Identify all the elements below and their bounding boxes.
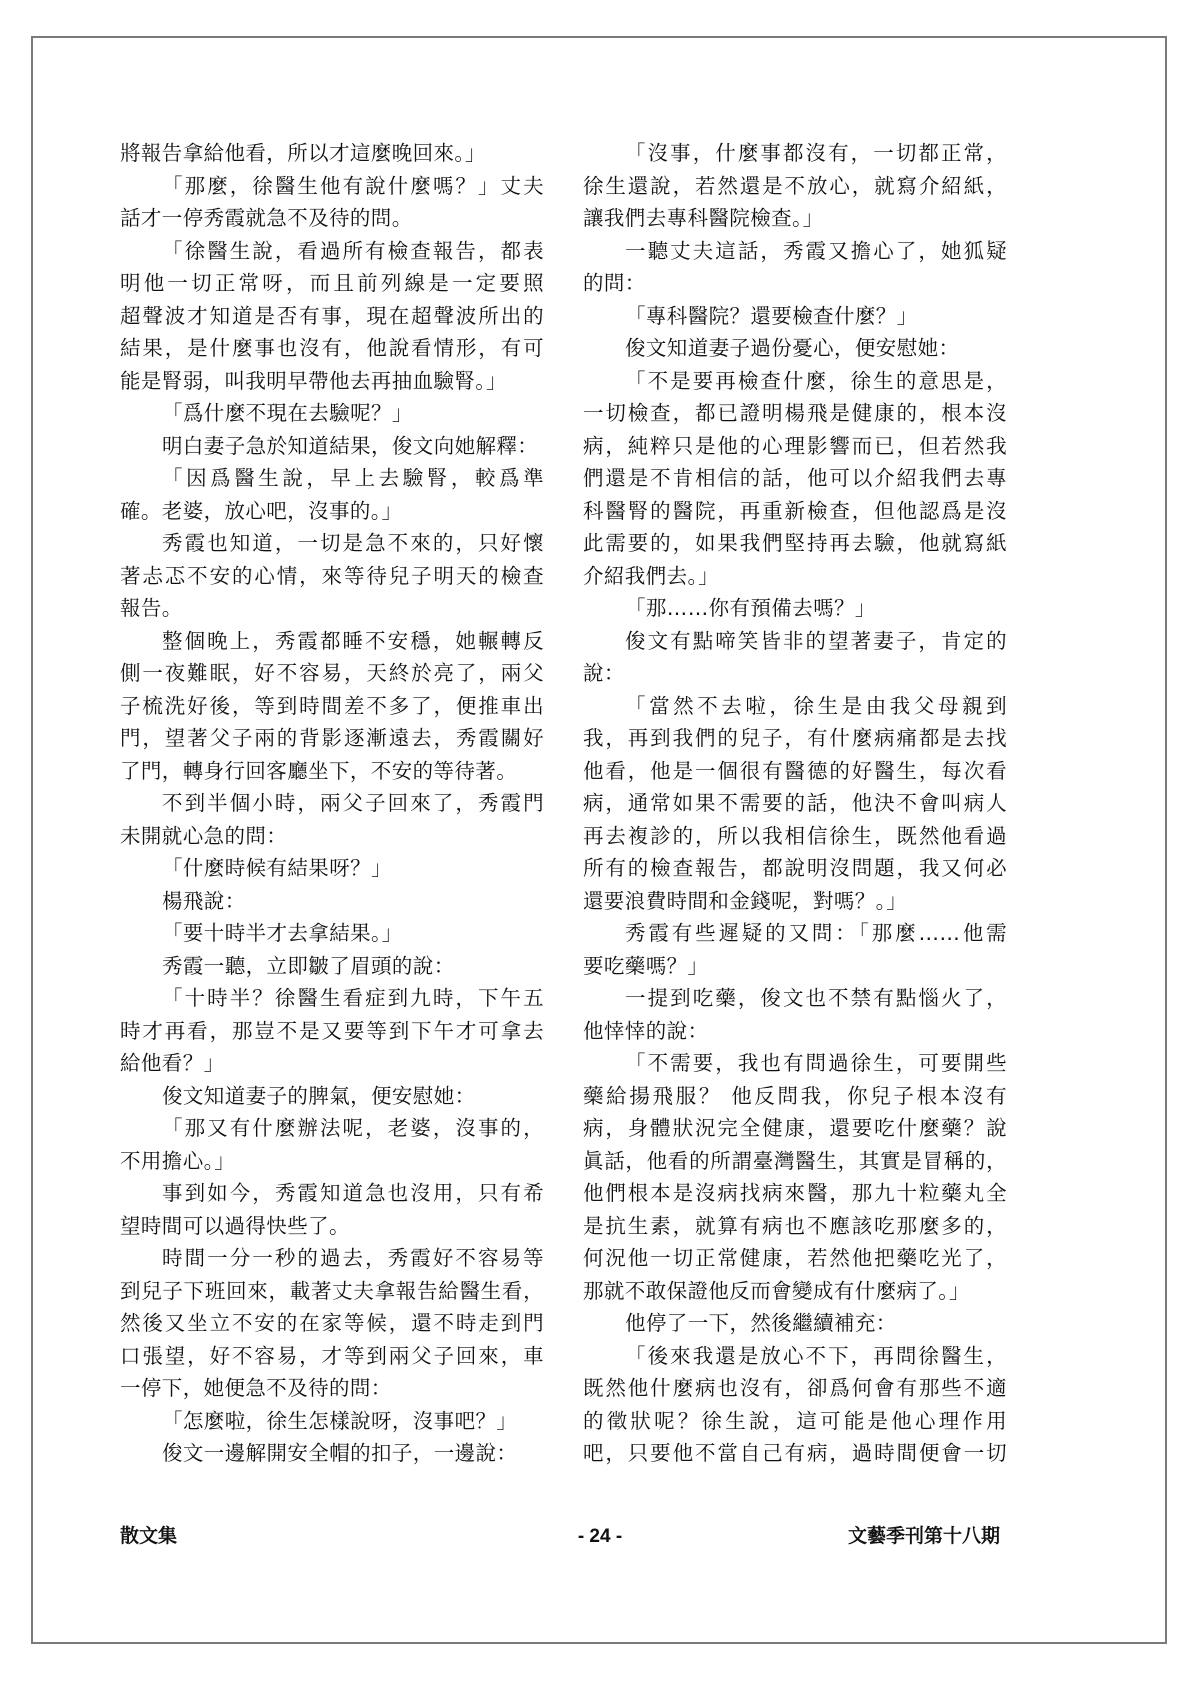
text-line: 眞話，他看的所謂臺灣醫生，其實是冒稱的， [583,1145,1007,1178]
text-line: 「十時半？徐醫生看症到九時，下午五 [120,982,544,1015]
text-line: 所有的檢查報告，都說明沒問題，我又何必 [583,852,1007,885]
text-line: 能是腎弱，叫我明早帶他去再抽血驗腎。」 [120,365,544,398]
text-line: 整個晚上，秀霞都睡不安穩，她輾轉反 [120,625,544,658]
text-line: 一聽丈夫這話，秀霞又擔心了，她狐疑 [583,235,1007,268]
text-line: 俊文知道妻子的脾氣，便安慰她： [120,1080,544,1113]
text-line: 結果，是什麼事也沒有，他說看情形，有可 [120,332,544,365]
text-line: 時才再看，那豈不是又要等到下午才可拿去 [120,1015,544,1048]
text-line: 「後來我還是放心不下，再問徐醫生， [583,1340,1007,1373]
text-line: 不用擔心。」 [120,1145,544,1178]
text-line: 「那又有什麼辦法呢，老婆，沒事的， [120,1112,544,1145]
text-line: 的徵狀呢？徐生說，這可能是他心理作用 [583,1405,1007,1438]
text-line: 再去複診的，所以我相信徐生，既然他看過 [583,820,1007,853]
text-line: 病，身體狀況完全健康，還要吃什麼藥？說 [583,1112,1007,1145]
text-line: 明白妻子急於知道結果，俊文向她解釋： [120,430,544,463]
text-line: 徐生還說，若然還是不放心，就寫介紹紙， [583,170,1007,203]
text-line: 口張望，好不容易，才等到兩父子回來，車 [120,1340,544,1373]
text-line: 「爲什麼不現在去驗呢？」 [120,397,544,430]
text-line: 給他看？」 [120,1047,544,1080]
right-text-column: 「沒事，什麼事都沒有，一切都正常，徐生還說，若然還是不放心，就寫介紹紙，讓我們去… [583,137,1007,1470]
text-line: 既然他什麼病也沒有，卻爲何會有那些不適 [583,1372,1007,1405]
text-line: 要吃藥嗎？」 [583,950,1007,983]
text-line: 俊文一邊解開安全帽的扣子，一邊說： [120,1437,544,1470]
text-line: 「那麼，徐醫生他有說什麼嗎？」丈夫 [120,170,544,203]
text-line: 然後又坐立不安的在家等候，還不時走到門 [120,1307,544,1340]
text-line: 他們根本是沒病找病來醫，那九十粒藥丸全 [583,1177,1007,1210]
footer-section-title: 散文集 [120,1524,177,1550]
text-line: 「什麼時候有結果呀？」 [120,852,544,885]
text-line: 吧，只要他不當自己有病，過時間便會一切 [583,1437,1007,1470]
text-line: 「當然不去啦，徐生是由我父母親到 [583,690,1007,723]
text-line: 超聲波才知道是否有事，現在超聲波所出的 [120,300,544,333]
text-line: 到兒子下班回來，載著丈夫拿報告給醫生看， [120,1275,544,1308]
text-line: 們還是不肯相信的話，他可以介紹我們去專 [583,462,1007,495]
text-line: 他停了一下，然後繼續補充： [583,1307,1007,1340]
text-line: 的問： [583,267,1007,300]
text-line: 事到如今，秀霞知道急也沒用，只有希 [120,1177,544,1210]
text-line: 藥給揚飛服？ 他反問我，你兒子根本沒有 [583,1080,1007,1113]
text-line: 病，純粹只是他的心理影響而已，但若然我 [583,430,1007,463]
text-line: 「沒事，什麼事都沒有，一切都正常， [583,137,1007,170]
text-line: 一停下，她便急不及待的問： [120,1372,544,1405]
text-line: 病，通常如果不需要的話，他決不會叫病人 [583,787,1007,820]
text-line: 時間一分一秒的過去，秀霞好不容易等 [120,1242,544,1275]
text-line: 望時間可以過得快些了。 [120,1210,544,1243]
text-line: 確。老婆，放心吧，沒事的。」 [120,495,544,528]
left-text-column: 將報告拿給他看，所以才這麼晚回來。」「那麼，徐醫生他有說什麼嗎？」丈夫話才一停秀… [120,137,544,1470]
text-line: 此需要的，如果我們堅持再去驗，他就寫紙 [583,527,1007,560]
text-line: 一提到吃藥，俊文也不禁有點惱火了， [583,982,1007,1015]
text-line: 「不是要再檢查什麼，徐生的意思是， [583,365,1007,398]
text-line: 了門，轉身行回客廳坐下，不安的等待著。 [120,755,544,788]
text-line: 未開就心急的問： [120,820,544,853]
text-line: 不到半個小時，兩父子回來了，秀霞門 [120,787,544,820]
text-line: 秀霞一聽，立即皺了眉頭的說： [120,950,544,983]
footer-publication-title: 文藝季刊第十八期 [848,1524,1000,1550]
text-line: 楊飛說： [120,885,544,918]
text-line: 「怎麼啦，徐生怎樣說呀，沒事吧？」 [120,1405,544,1438]
text-line: 「不需要，我也有問過徐生，可要開些 [583,1047,1007,1080]
text-line: 那就不敢保證他反而會變成有什麼病了。」 [583,1275,1007,1308]
text-line: 「那……你有預備去嗎？」 [583,592,1007,625]
footer-page-number: - 24 - [540,1524,660,1550]
text-line: 還要浪費時間和金錢呢，對嗎？。」 [583,885,1007,918]
text-line: 何況他一切正常健康，若然他把藥吃光了， [583,1242,1007,1275]
text-line: 一切檢查，都已證明楊飛是健康的，根本沒 [583,397,1007,430]
text-line: 門，望著父子兩的背影逐漸遠去，秀霞關好 [120,722,544,755]
text-line: 明他一切正常呀，而且前列線是一定要照 [120,267,544,300]
text-line: 介紹我們去。」 [583,560,1007,593]
text-line: 讓我們去專科醫院檢查。」 [583,202,1007,235]
text-line: 俊文知道妻子過份憂心，便安慰她： [583,332,1007,365]
text-line: 秀霞有些遲疑的又問：「那麼……他需 [583,917,1007,950]
text-line: 子梳洗好後，等到時間差不多了，便推車出 [120,690,544,723]
text-line: 「要十時半才去拿結果。」 [120,917,544,950]
text-line: 話才一停秀霞就急不及待的問。 [120,202,544,235]
text-line: 「徐醫生說，看過所有檢查報告，都表 [120,235,544,268]
text-line: 他看，他是一個很有醫德的好醫生，每次看 [583,755,1007,788]
text-line: 說： [583,657,1007,690]
text-line: 將報告拿給他看，所以才這麼晚回來。」 [120,137,544,170]
text-line: 「專科醫院？還要檢查什麼？」 [583,300,1007,333]
text-line: 科醫腎的醫院，再重新檢查，但他認爲是沒 [583,495,1007,528]
text-line: 是抗生素，就算有病也不應該吃那麼多的， [583,1210,1007,1243]
text-line: 我，再到我們的兒子，有什麼病痛都是去找 [583,722,1007,755]
text-line: 報告。 [120,592,544,625]
text-line: 他悻悻的說： [583,1015,1007,1048]
text-line: 秀霞也知道，一切是急不來的，只好懷 [120,527,544,560]
text-line: 側一夜難眠，好不容易，天終於亮了，兩父 [120,657,544,690]
text-line: 俊文有點啼笑皆非的望著妻子，肯定的 [583,625,1007,658]
text-line: 「因爲醫生說，早上去驗腎，較爲準 [120,462,544,495]
text-line: 著忐忑不安的心情，來等待兒子明天的檢查 [120,560,544,593]
